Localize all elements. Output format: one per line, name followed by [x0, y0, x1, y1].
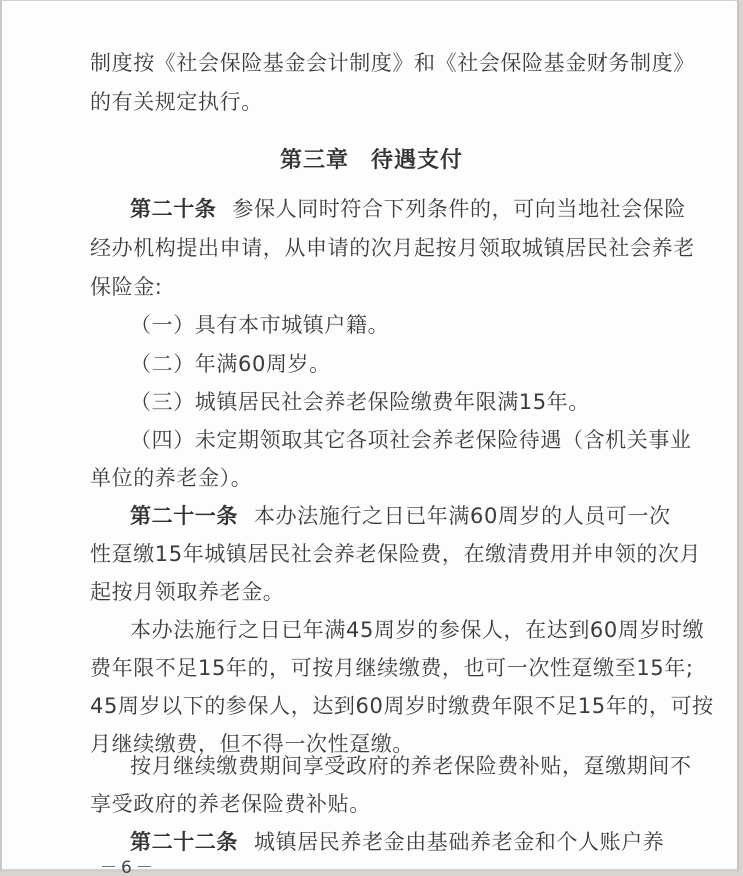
- intro-line-1: 制度按《社会保险基金会计制度》和《社会保险基金财务制度》: [90, 51, 695, 75]
- chapter-title: 待遇支付: [371, 147, 463, 173]
- article-22-text-1: 城镇居民养老金由基础养老金和个人账户养: [254, 830, 664, 854]
- condition-1: （一）具有本市城镇户籍。: [130, 313, 389, 337]
- chapter-number: 第三章: [280, 147, 349, 173]
- article-21-line-3: 起按月领取养老金。: [90, 580, 284, 604]
- article-20-line-2: 经办机构提出申请，从申请的次月起按月领取城镇居民社会养老: [90, 236, 695, 260]
- article-21-para3-line-1: 按月继续缴费期间享受政府的养老保险费补贴，趸缴期间不: [130, 754, 692, 778]
- document-page: 制度按《社会保险基金会计制度》和《社会保险基金财务制度》 的有关规定执行。 第三…: [0, 0, 739, 872]
- article-21-label: 第二十一条: [130, 503, 238, 528]
- intro-line-2: 的有关规定执行。: [90, 90, 263, 114]
- chapter-heading: 第三章待遇支付: [2, 143, 741, 174]
- article-21-line-1: 第二十一条本办法施行之日已年满60周岁的人员可一次: [130, 504, 671, 528]
- page-number: －6－: [100, 853, 157, 876]
- article-20-line-3: 保险金:: [90, 275, 162, 299]
- article-20-label: 第二十条: [130, 196, 216, 221]
- article-22-label: 第二十二条: [130, 829, 238, 854]
- article-21-para3-line-2: 享受政府的养老保险费补贴。: [90, 792, 371, 816]
- condition-3: （三）城镇居民社会养老保险缴费年限满15年。: [130, 390, 590, 414]
- article-21-text-1: 本办法施行之日已年满60周岁的人员可一次: [254, 504, 671, 528]
- article-21-para2-line-2: 费年限不足15年的，可按月继续缴费，也可一次性趸缴至15年;: [90, 656, 694, 680]
- article-21-line-2: 性趸缴15年城镇居民社会养老保险费，在缴清费用并申领的次月: [90, 542, 701, 566]
- article-21-para2-line-4: 月继续缴费，但不得一次性趸缴。: [90, 732, 414, 756]
- article-20-text-1: 参保人同时符合下列条件的，可向当地社会保险: [232, 197, 686, 221]
- condition-4-cont: 单位的养老金）。: [90, 466, 252, 490]
- condition-2: （二）年满60周岁。: [130, 352, 331, 376]
- article-20-line-1: 第二十条参保人同时符合下列条件的，可向当地社会保险: [130, 197, 686, 221]
- condition-4: （四）未定期领取其它各项社会养老保险待遇（含机关事业: [130, 428, 692, 452]
- article-21-para2-line-3: 45周岁以下的参保人，达到60周岁时缴费年限不足15年的，可按: [90, 694, 714, 718]
- article-21-para2-line-1: 本办法施行之日已年满45周岁的参保人，在达到60周岁时缴: [130, 618, 704, 642]
- article-22-line-1: 第二十二条城镇居民养老金由基础养老金和个人账户养: [130, 830, 664, 854]
